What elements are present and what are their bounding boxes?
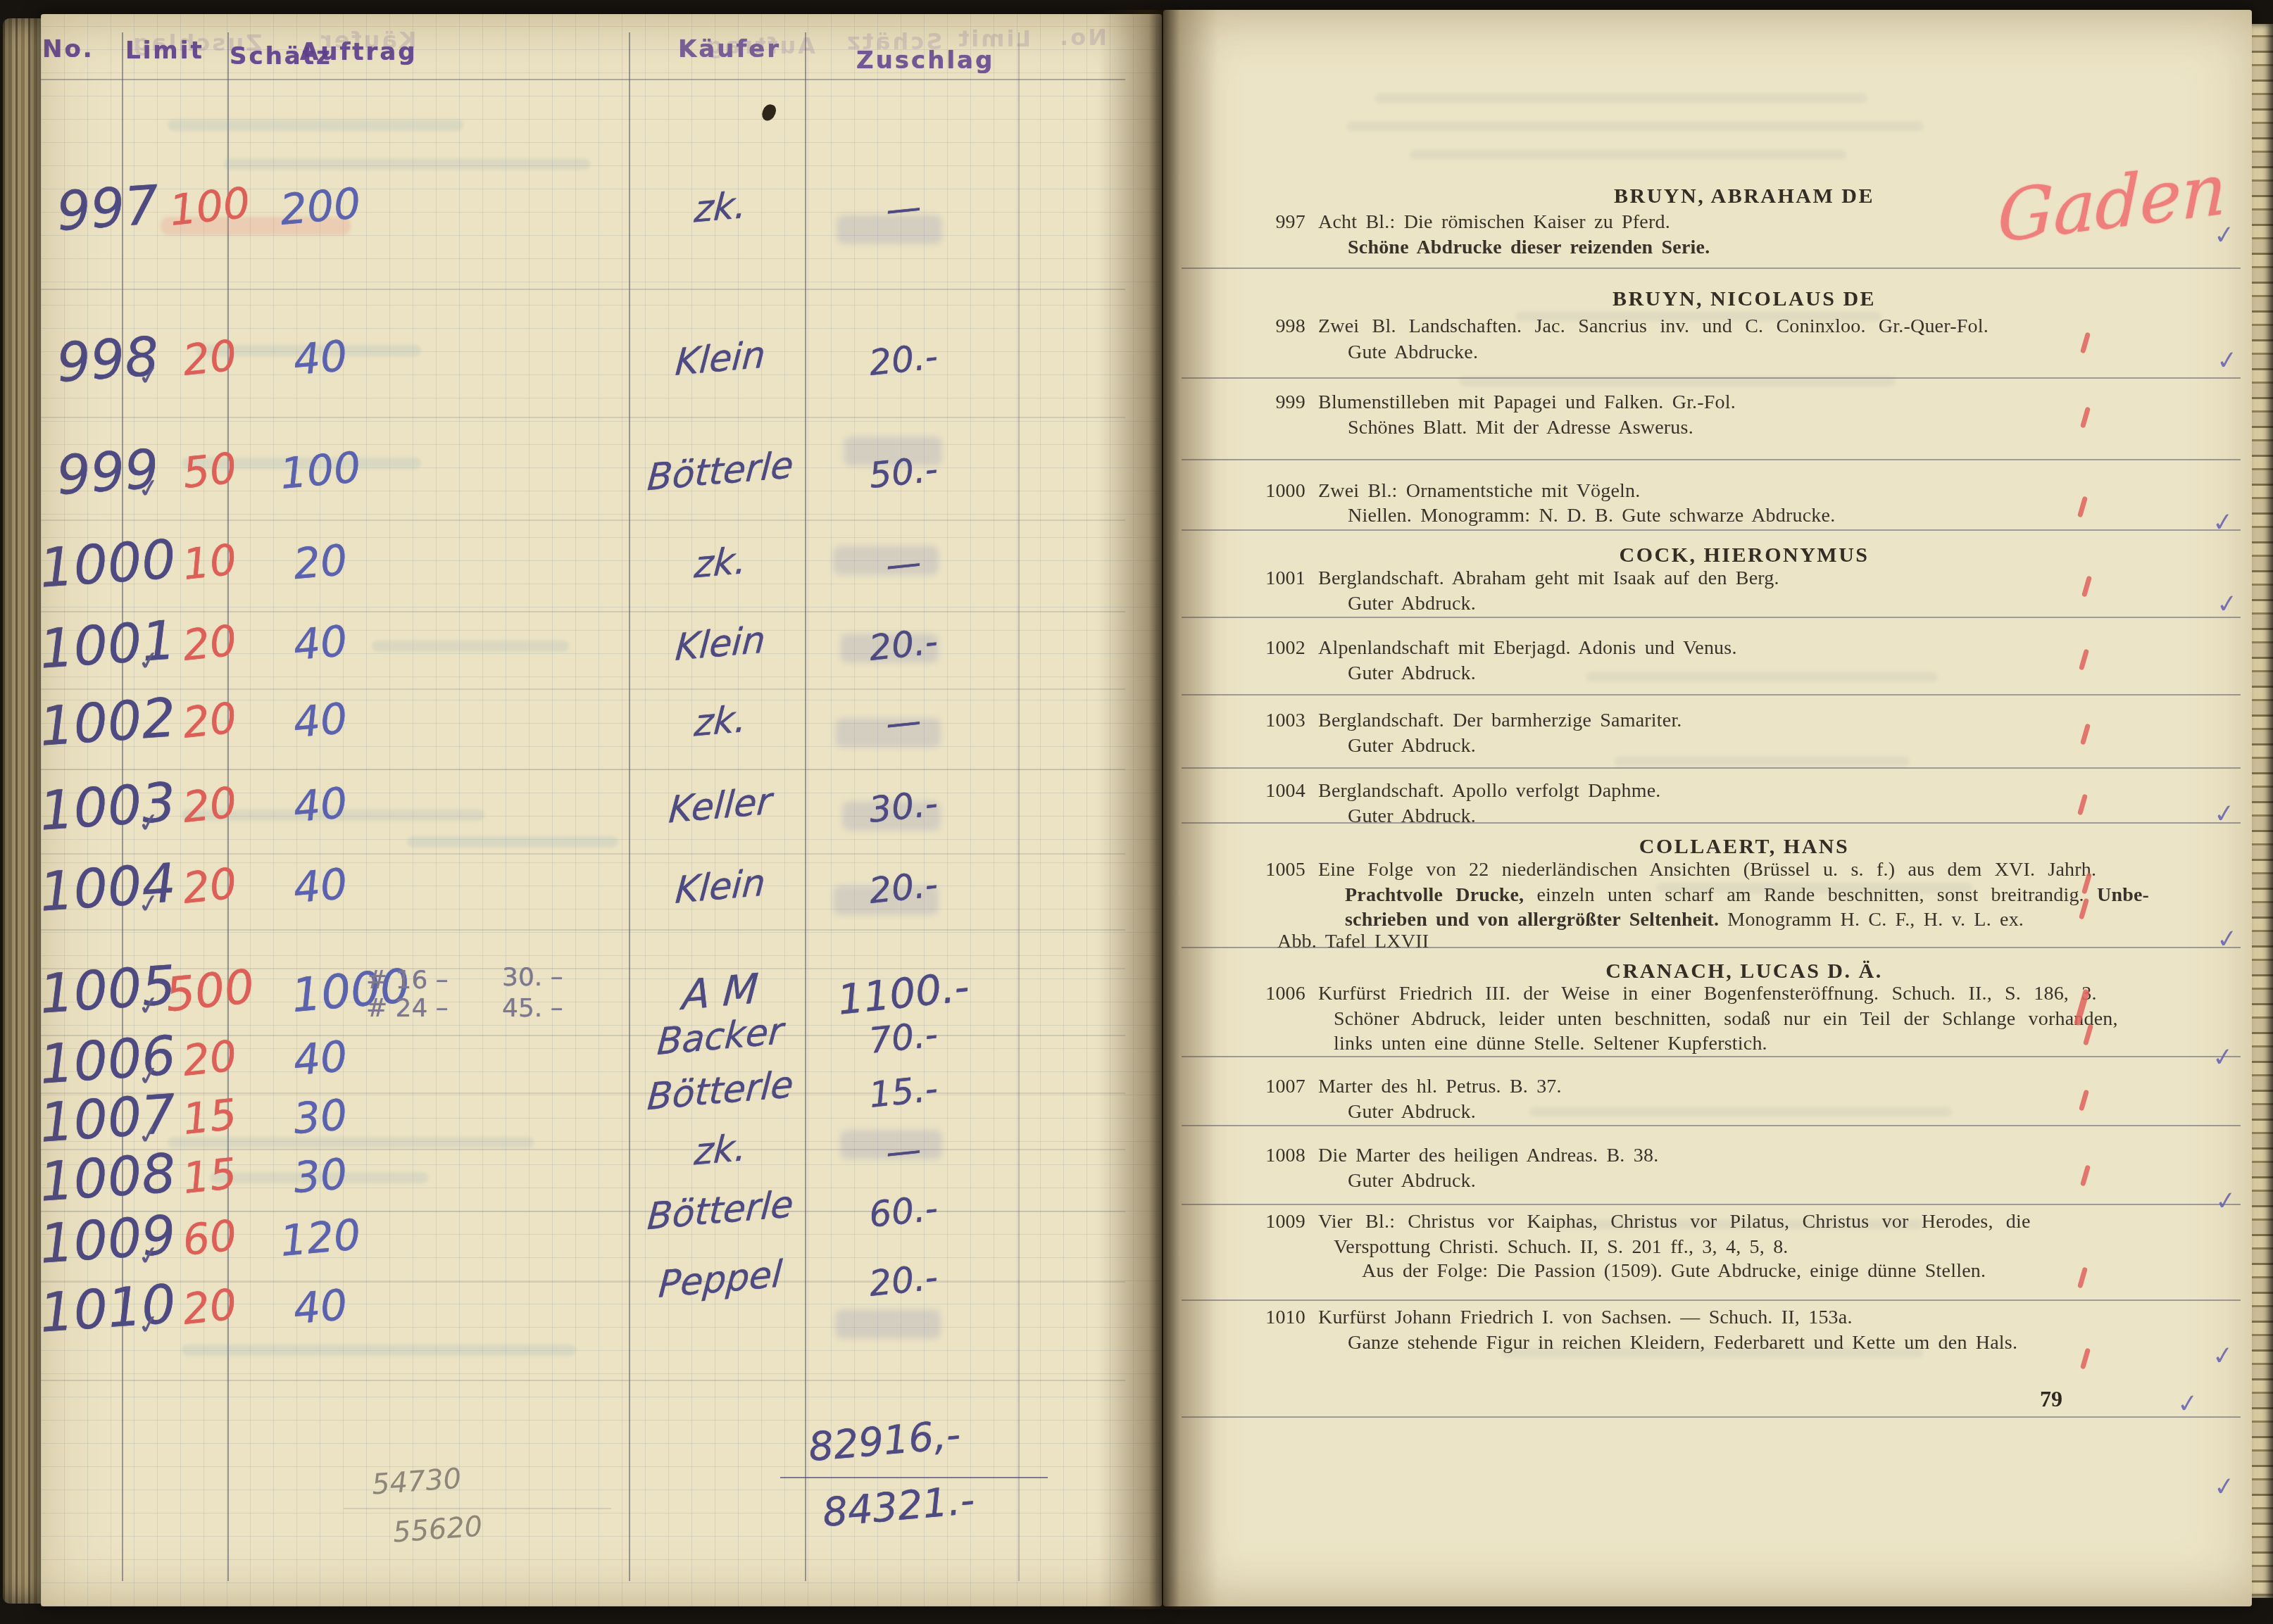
pencil-total-upper: 54730 (371, 1463, 463, 1502)
ghost-header-auftrag: Auftrag (704, 32, 815, 59)
bleed-through-text (224, 158, 590, 170)
lot-line: 1002Alpenlandschaft mit Eberjagd. Adonis… (1241, 637, 1737, 660)
lot-line: 1008Die Marter des heiligen Andreas. B. … (1241, 1145, 1658, 1167)
header-no: No. (42, 35, 94, 63)
lot-text: Kurfürst Johann Friedrich I. von Sachsen… (1318, 1307, 1853, 1328)
bleed-through-text (182, 1345, 576, 1356)
lot-text: Zwei Bl. Landschaften. Jac. Sancrius inv… (1318, 315, 1989, 337)
lot-separator (1182, 459, 2241, 460)
lot-number: 997 (1241, 211, 1305, 234)
row-separator (41, 769, 1125, 770)
blue-checkmark: ✓ (2176, 1389, 2200, 1420)
row-separator (41, 520, 1125, 521)
blue-checkmark: ✓ (2214, 1186, 2238, 1217)
hammer-price: 20.- (814, 858, 994, 917)
lot-note: Niellen. Monogramm: N. D. B. Gute schwar… (1348, 505, 1835, 527)
lot-line: Schöner Abdruck, leider unten beschnitte… (1334, 1008, 2118, 1031)
ledger-page: No. Limit Schätz Auftrag Käufer Zuschlag… (41, 14, 1162, 1606)
blue-checkmark: ✓ (2211, 1341, 2235, 1372)
lot-separator (1182, 377, 2241, 379)
buyer-name: Klein (617, 614, 823, 674)
hammer-price: — (814, 1121, 994, 1181)
buyer-name: Peppel (617, 1250, 823, 1310)
red-tick (2081, 576, 2092, 598)
artist-heading: COLLAERT, HANS (1297, 835, 2191, 859)
lot-number: 1005 (1241, 859, 1305, 881)
lot-number: 1004 (1241, 780, 1305, 802)
blue-checkmark: ✓ (2215, 589, 2239, 620)
row-separator (41, 929, 1125, 931)
lot-note: Guter Abdruck. (1348, 1101, 1476, 1123)
right-page-stack-edge (2252, 24, 2273, 1598)
lot-line: links unten eine dünne Stelle. Seltener … (1334, 1033, 1767, 1055)
ink-total-line (780, 1477, 1048, 1478)
blue-checkmark: ✓ (2212, 1472, 2236, 1503)
lot-separator (1182, 822, 2241, 824)
lot-separator (1182, 694, 2241, 695)
lot-note: Gute Abdrucke. (1348, 341, 1478, 364)
bleed-through-text (1529, 1107, 1952, 1117)
red-tick (2077, 1267, 2088, 1289)
ghost-header-limit: Limit (956, 25, 1031, 52)
bleed-through-text (372, 641, 569, 652)
lot-separator (1182, 529, 2241, 531)
lot-line: 1003Berglandschaft. Der barmherzige Sama… (1241, 710, 1682, 732)
bottom-rule (1182, 1416, 2241, 1418)
buyer-name: zk. (617, 177, 823, 238)
auftrag-pencil-note: 45. – (502, 994, 563, 1023)
buyer-name: zk. (617, 1120, 823, 1181)
lot-number: 1003 (1241, 710, 1305, 732)
red-tick (2080, 1165, 2091, 1187)
auftrag-pencil-note: 30. – (502, 963, 563, 992)
red-tick (2080, 1348, 2091, 1370)
page-number: 79 (2040, 1386, 2062, 1412)
lot-line: 1001Berglandschaft. Abraham geht mit Isa… (1241, 567, 1779, 590)
lot-number: 1006 (1241, 983, 1305, 1005)
lot-line: 998Zwei Bl. Landschaften. Jac. Sancrius … (1241, 315, 1989, 338)
lot-separator (1182, 1125, 2241, 1126)
red-tick (2079, 1090, 2089, 1112)
auftrag-pencil-note: # 24 – (366, 994, 449, 1023)
column-rule (1018, 32, 1020, 1581)
lot-note: Ganze stehende Figur in reichen Kleidern… (1348, 1332, 2017, 1354)
lot-line: 1000Zwei Bl.: Ornamentstiche mit Vögeln. (1241, 480, 1641, 503)
hammer-price: — (814, 693, 994, 752)
ink-total-upper: 82916,- (807, 1412, 963, 1471)
book-gutter-shadow (1098, 10, 1218, 1609)
row-separator (41, 417, 1125, 418)
row-separator (41, 1380, 1125, 1381)
lot-text: Acht Bl.: Die römischen Kaiser zu Pferd. (1318, 211, 1670, 233)
lot-line: 1010Kurfürst Johann Friedrich I. von Sac… (1241, 1307, 1853, 1329)
ink-blot (760, 103, 777, 123)
lot-separator (1182, 947, 2241, 948)
blue-checkmark: ✓ (2215, 924, 2239, 955)
lot-number: 1008 (1241, 1145, 1305, 1167)
buyer-name: Bötterle (617, 1181, 823, 1241)
pencil-total-lower: 55620 (392, 1511, 484, 1549)
artist-heading: BRUYN, NICOLAUS DE (1297, 287, 2191, 311)
hammer-price: — (814, 179, 994, 238)
lot-line: Abb. Tafel LXVII (1277, 931, 1429, 953)
hammer-price: 60.- (814, 1182, 994, 1241)
bleed-through-text (168, 120, 463, 131)
ghost-header-kaeufer: Käufer (319, 27, 417, 53)
lot-separator (1182, 1204, 2241, 1205)
hammer-price: — (814, 534, 994, 593)
lot-number: 1000 (1241, 480, 1305, 503)
header-underline (41, 79, 1125, 80)
lot-number: 1009 (1241, 1211, 1305, 1233)
red-tick (2079, 649, 2089, 671)
bleed-through-text (407, 836, 618, 848)
pencil-total-line (344, 1508, 611, 1509)
lot-line: 1005Eine Folge von 22 niederländischen A… (1241, 859, 2096, 881)
lot-line: 999Blumenstilleben mit Papagei und Falke… (1241, 391, 1736, 414)
lot-line: 997Acht Bl.: Die römischen Kaiser zu Pfe… (1241, 211, 1670, 234)
hammer-price: 20.- (814, 615, 994, 674)
blue-checkmark: ✓ (2212, 799, 2236, 830)
lot-number: 1002 (1241, 637, 1305, 660)
lot-separator (1182, 267, 2241, 269)
row-separator (41, 688, 1125, 690)
red-tick (2080, 407, 2091, 429)
lot-text: Alpenlandschaft mit Eberjagd. Adonis und… (1318, 637, 1737, 659)
lot-note: Guter Abdruck. (1348, 1170, 1476, 1192)
lot-note: Schöne Abdrucke dieser reizenden Serie. (1348, 237, 1710, 259)
lot-text: Berglandschaft. Abraham geht mit Isaak a… (1318, 567, 1779, 589)
auftrag-pencil-note: # 16 – (366, 966, 449, 995)
red-tick (2080, 332, 2091, 354)
artist-heading: COCK, HIERONYMUS (1297, 543, 2191, 567)
buyer-name: Bötterle (617, 1061, 823, 1121)
lot-separator (1182, 617, 2241, 618)
lot-text: Blumenstilleben mit Papagei und Falken. … (1318, 391, 1736, 413)
blue-checkmark: ✓ (2212, 220, 2236, 251)
bleed-through-text (1375, 93, 1867, 103)
blue-checkmark: ✓ (2211, 508, 2235, 539)
lot-note: Guter Abdruck. (1348, 662, 1476, 685)
buyer-name: zk. (617, 533, 823, 593)
lot-text: Berglandschaft. Der barmherzige Samarite… (1318, 710, 1682, 731)
bleed-through-text (1614, 756, 1910, 767)
row-separator (41, 611, 1125, 612)
ghost-header-zuschlag: Zuschlag (131, 30, 262, 56)
lot-number: 1001 (1241, 567, 1305, 590)
lot-number: 998 (1241, 315, 1305, 338)
lot-text: Die Marter des heiligen Andreas. B. 38. (1318, 1145, 1658, 1166)
lot-number: 1010 (1241, 1307, 1305, 1329)
red-tick (2077, 794, 2088, 816)
red-tick (2077, 496, 2088, 518)
bleed-through-text (1346, 121, 1924, 132)
lot-note: Guter Abdruck. (1348, 593, 1476, 615)
hammer-price: 20.- (814, 1251, 994, 1310)
hammer-price: 15.- (814, 1062, 994, 1121)
artist-heading: BRUYN, ABRAHAM DE (1297, 184, 2191, 208)
ghost-header-schaetz: Schätz (845, 28, 942, 55)
lot-note: Guter Abdruck. (1348, 805, 1476, 828)
lot-line: 1009Vier Bl.: Christus vor Kaiphas, Chri… (1241, 1211, 2031, 1233)
hammer-price: 20.- (814, 330, 994, 389)
row-separator (41, 289, 1125, 290)
blue-checkmark: ✓ (2211, 1043, 2235, 1074)
lot-line: 1006Kurfürst Friedrich III. der Weise in… (1241, 983, 2097, 1005)
lot-note: Guter Abdruck. (1348, 735, 1476, 757)
lot-separator (1182, 1299, 2241, 1301)
lot-line: 1004Berglandschaft. Apollo verfolgt Daph… (1241, 780, 1661, 802)
hammer-price: 30.- (814, 777, 994, 836)
lot-line: schrieben und von allergrößter Seltenhei… (1345, 909, 2024, 931)
catalog-page: Gaden BRUYN, ABRAHAM DE 997Acht Bl.: Die… (1163, 10, 2252, 1606)
lot-text: Berglandschaft. Apollo verfolgt Daphme. (1318, 780, 1661, 802)
lot-line: 1007Marter des hl. Petrus. B. 37. (1241, 1076, 1562, 1098)
lot-number: 1007 (1241, 1076, 1305, 1098)
lot-text: Marter des hl. Petrus. B. 37. (1318, 1076, 1562, 1097)
bleed-through-text (1586, 672, 1938, 682)
lot-note: Aus der Folge: Die Passion (1509). Gute … (1362, 1260, 1986, 1283)
buyer-name: Keller (617, 776, 823, 836)
buyer-name: Klein (617, 329, 823, 389)
red-tick (2080, 724, 2091, 745)
row-separator (41, 853, 1125, 855)
lot-text: Vier Bl.: Christus vor Kaiphas, Christus… (1318, 1211, 2031, 1233)
lot-number: 999 (1241, 391, 1305, 414)
lot-text: Zwei Bl.: Ornamentstiche mit Vögeln. (1318, 480, 1641, 502)
buyer-name: Bötterle (617, 441, 823, 502)
artist-heading: CRANACH, LUCAS D. Ä. (1297, 959, 2191, 983)
lot-line: Prachtvolle Drucke, einzeln unten scharf… (1345, 884, 2149, 907)
bleed-through-text (1410, 149, 1846, 160)
auction-ledger-scan: No. Limit Schätz Auftrag Käufer Zuschlag… (0, 0, 2273, 1624)
buyer-name: zk. (617, 691, 823, 752)
lot-text: Kurfürst Friedrich III. der Weise in ein… (1318, 983, 2097, 1005)
lot-note: Schönes Blatt. Mit der Adresse Aswerus. (1348, 417, 1693, 439)
lot-text: Eine Folge von 22 niederländischen Ansic… (1318, 859, 2096, 881)
bleed-through-number (835, 1309, 941, 1339)
buyer-name: Klein (617, 857, 823, 917)
lot-separator (1182, 767, 2241, 769)
lot-separator (1182, 1056, 2241, 1057)
lot-line: Verspottung Christi. Schuch. II, S. 201 … (1334, 1236, 1789, 1259)
ink-total-lower: 84321.- (821, 1478, 977, 1537)
blue-checkmark: ✓ (2215, 346, 2239, 377)
hammer-price: 50.- (814, 443, 994, 502)
